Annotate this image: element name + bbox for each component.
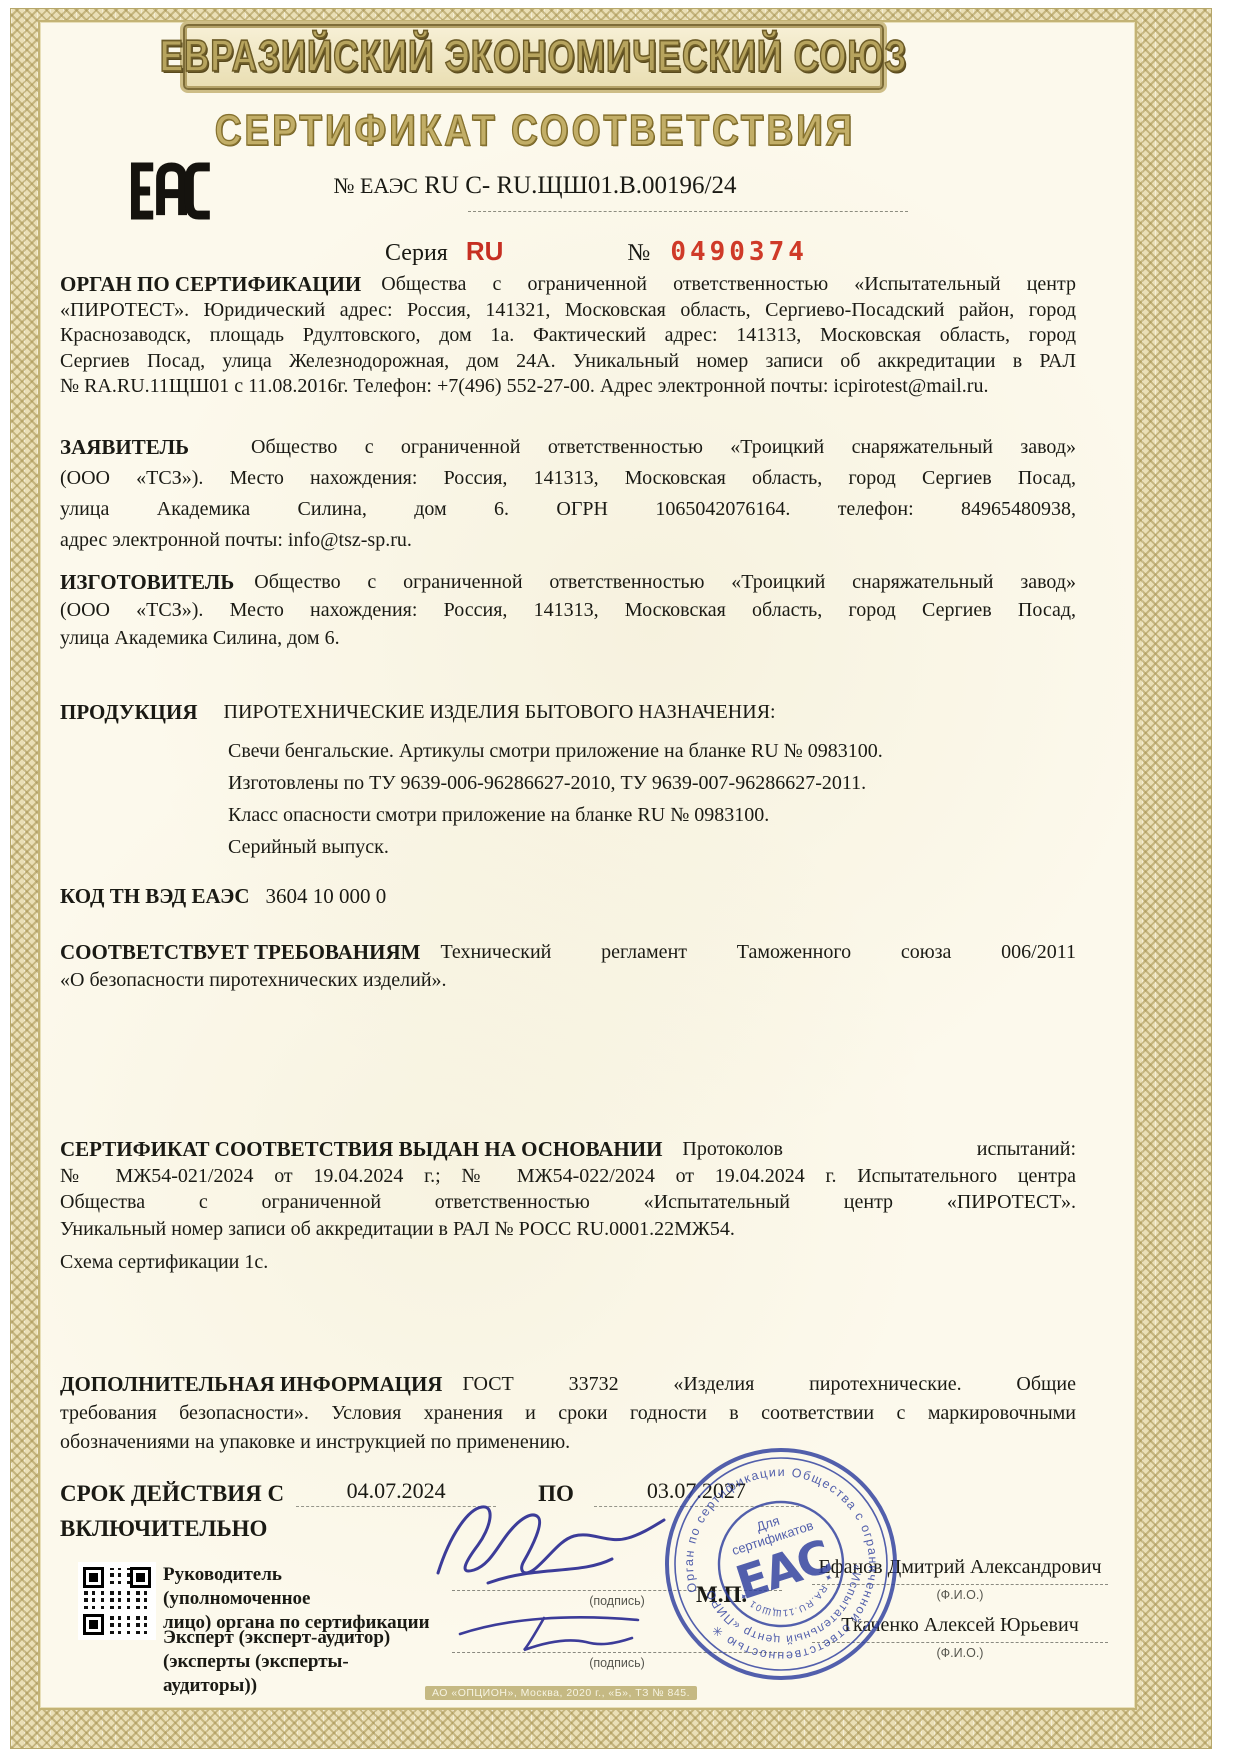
section-label: КОД ТН ВЭД ЕАЭС [60,884,250,910]
blank-number-value: 0490374 [670,237,808,267]
certificate-number-label: № ЕАЭС [334,173,418,198]
paragraph-line: Сергиев Посад, улица Железнодорожная, до… [60,349,1076,375]
section-first-line: Технический регламент Таможенного союза … [440,938,1076,966]
expert-signatory-label: Эксперт (эксперт-аудитор) (эксперты (экс… [163,1626,433,1698]
print-house-info: АО «ОПЦИОН», Москва, 2020 г., «Б», ТЗ № … [425,1686,697,1700]
paragraph-line: адрес электронной почты: info@tsz-sp.ru. [60,525,1076,556]
product-item-line: Свечи бенгальские. Артикулы смотри прило… [228,735,1076,767]
section-first-line: ГОСТ 33732 «Изделия пиротехнические. Общ… [462,1370,1076,1399]
paragraph-line: № RA.RU.11ЩШ01 с 11.08.2016г. Телефон: +… [60,374,1076,400]
section-first-line: Протоколов испытаний: [682,1136,1076,1163]
series-row: Серия RU № 0490374 [385,236,885,267]
section-label: СООТВЕТСТВУЕТ ТРЕБОВАНИЯМ [60,938,420,966]
eaeu-banner-text: ЕВРАЗИЙСКИЙ ЭКОНОМИЧЕСКИЙ СОЮЗ [160,31,908,82]
paragraph-line: (ООО «ТСЗ»). Место нахождения: Россия, 1… [60,596,1076,624]
expert-signature-ink [448,1604,658,1656]
number-underline [468,211,908,212]
paragraph-line: Общества с ограниченной ответственностью… [60,1189,1076,1216]
section-label: ЗАЯВИТЕЛЬ [60,432,189,463]
section-label: ДОПОЛНИТЕЛЬНАЯ ИНФОРМАЦИЯ [60,1370,442,1399]
qr-finder-icon [83,1567,104,1588]
section-label: ИЗГОТОВИТЕЛЬ [60,568,234,596]
section-label: СЕРТИФИКАТ СООТВЕТСТВИЯ ВЫДАН НА ОСНОВАН… [60,1136,662,1163]
paragraph-line: требования безопасности». Условия хранен… [60,1399,1076,1428]
certification-scheme-line: Схема сертификации 1с. [60,1249,1076,1276]
qr-finder-icon [130,1567,151,1588]
section-first-line: Общество с ограниченной ответственностью… [254,568,1076,596]
paragraph-line: «О безопасности пиротехнических изделий»… [60,966,1076,994]
certification-stamp: Орган по сертификации Общества с огранич… [655,1438,907,1690]
tnved-code-value: 3604 10 000 0 [266,884,387,910]
validity-from-label: СРОК ДЕЙСТВИЯ С [60,1481,284,1507]
document-title: СЕРТИФИКАТ СООТВЕТСТВИЯ [0,106,1070,156]
product-item-line: Изготовлены по ТУ 9639-006-96286627-2010… [228,767,1076,799]
head-signatory-label: Руководитель (уполномоченное лицо) орган… [163,1563,433,1635]
paragraph-line: обозначениями на упаковке и инструкцией … [60,1428,1076,1457]
paragraph-line: «ПИРОТЕСТ». Юридический адрес: Россия, 1… [60,298,1076,324]
paragraph-line: улица Академика Силина, дом 6. [60,624,1076,652]
section-products: ПРОДУКЦИЯ ПИРОТЕХНИЧЕСКИЕ ИЗДЕЛИЯ БЫТОВО… [60,700,1076,863]
validity-inclusive-label: ВКЛЮЧИТЕЛЬНО [60,1516,267,1542]
paragraph-line: улица Академика Силина, дом 6. ОГРН 1065… [60,494,1076,525]
section-label: ПРОДУКЦИЯ [60,700,198,726]
expert-label-line: Эксперт (эксперт-аудитор) [163,1626,433,1650]
series-label: Серия [385,240,448,266]
section-label: ОРГАН ПО СЕРТИФИКАЦИИ [60,272,361,298]
section-applicant: ЗАЯВИТЕЛЬ Общество с ограниченной ответс… [60,432,1076,556]
product-item-line: Класс опасности смотри приложение на бла… [228,799,1076,831]
paragraph-line: Краснозаводск, площадь Рдултовского, дом… [60,323,1076,349]
paragraph-line: (ООО «ТСЗ»). Место нахождения: Россия, 1… [60,463,1076,494]
section-compliance: СООТВЕТСТВУЕТ ТРЕБОВАНИЯМ Технический ре… [60,938,1076,994]
section-basis: СЕРТИФИКАТ СООТВЕТСТВИЯ ВЫДАН НА ОСНОВАН… [60,1136,1076,1276]
series-value: RU [466,236,504,266]
certificate-number-value: RU С- RU.ЩШ01.В.00196/24 [424,172,736,199]
certificate-page: ЕВРАЗИЙСКИЙ ЭКОНОМИЧЕСКИЙ СОЮЗ СЕРТИФИКА… [0,0,1242,1755]
products-headline: ПИРОТЕХНИЧЕСКИЕ ИЗДЕЛИЯ БЫТОВОГО НАЗНАЧЕ… [224,700,776,726]
blank-number-label: № [627,240,650,266]
section-manufacturer: ИЗГОТОВИТЕЛЬ Общество с ограниченной отв… [60,568,1076,652]
section-tnved-code: КОД ТН ВЭД ЕАЭС 3604 10 000 0 [60,884,1076,910]
head-signature-ink [430,1495,670,1595]
section-first-line: Общество с ограниченной ответственностью… [251,432,1076,463]
qr-code [78,1562,156,1640]
eaeu-banner: ЕВРАЗИЙСКИЙ ЭКОНОМИЧЕСКИЙ СОЮЗ [183,24,884,90]
qr-finder-icon [83,1614,104,1635]
section-certification-body: ОРГАН ПО СЕРТИФИКАЦИИ Общества с огранич… [60,272,1076,400]
head-label-line: Руководитель (уполномоченное [163,1563,433,1611]
section-additional-info: ДОПОЛНИТЕЛЬНАЯ ИНФОРМАЦИЯ ГОСТ 33732 «Из… [60,1370,1076,1457]
paragraph-line: № МЖ54-021/2024 от 19.04.2024 г.; № МЖ54… [60,1163,1076,1190]
accreditation-line: Уникальный номер записи об аккредитации … [60,1216,1076,1243]
product-item-line: Серийный выпуск. [228,831,1076,863]
certificate-number-line: № ЕАЭС RU С- RU.ЩШ01.В.00196/24 [0,172,1070,200]
expert-label-line: (эксперты (эксперты-аудиторы)) [163,1650,433,1698]
section-first-line: Общества с ограниченной ответственностью… [381,272,1076,298]
